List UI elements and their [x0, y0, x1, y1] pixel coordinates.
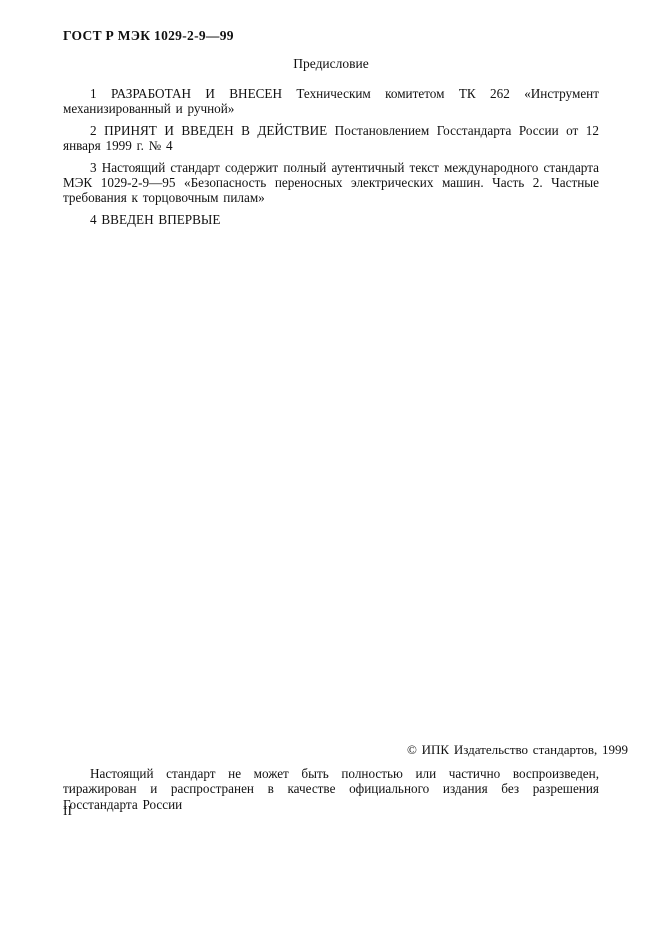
page-number: II: [63, 803, 72, 818]
preface-item-contains: 3 Настоящий стандарт содержит полный аут…: [63, 160, 599, 206]
document-code: ГОСТ Р МЭК 1029-2-9—99: [63, 28, 599, 43]
copyright-line: © ИПК Издательство стандартов, 1999: [407, 742, 628, 757]
preface-item-first-introduced: 4 ВВЕДЕН ВПЕРВЫЕ: [63, 212, 599, 227]
preface-title: Предисловие: [63, 56, 599, 71]
reproduction-notice: Настоящий стандарт не может быть полност…: [63, 766, 599, 812]
preface-item-adopted: 2 ПРИНЯТ И ВВЕДЕН В ДЕЙСТВИЕ Постановлен…: [63, 123, 599, 154]
preface-item-developed: 1 РАЗРАБОТАН И ВНЕСЕН Техническим комите…: [63, 86, 599, 117]
document-page: ГОСТ Р МЭК 1029-2-9—99 Предисловие 1 РАЗ…: [0, 0, 661, 936]
preface-section: ГОСТ Р МЭК 1029-2-9—99 Предисловие 1 РАЗ…: [63, 28, 599, 227]
